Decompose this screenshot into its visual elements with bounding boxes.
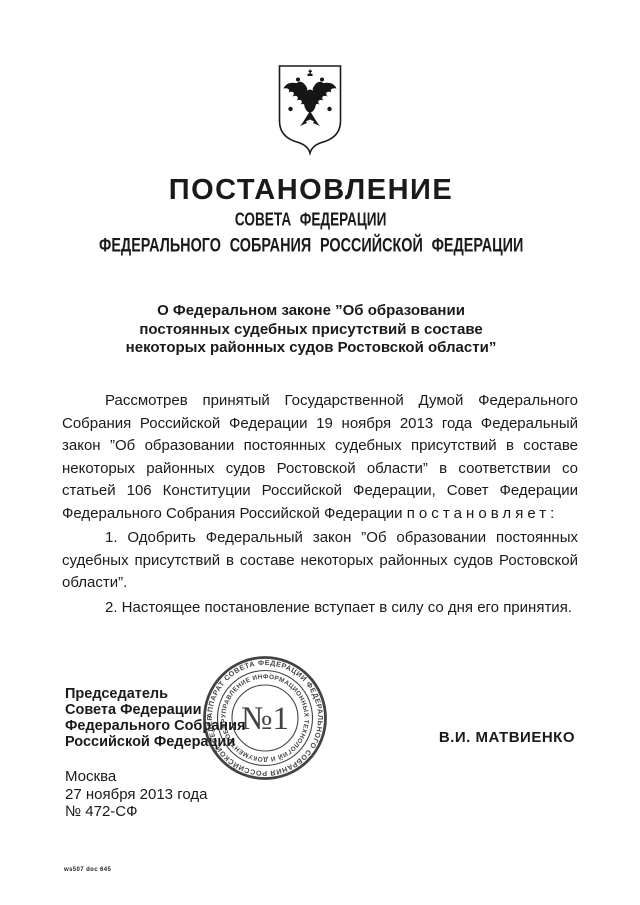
issuance-date: 27 ноября 2013 года [65,786,207,804]
document-body: Рассмотрев принятый Государственной Думо… [62,390,578,619]
subject-line-2: постоянных судебных присутствий в состав… [0,321,622,340]
russian-coat-of-arms [277,64,343,156]
file-reference-note: ws507 doc 645 [64,867,111,873]
document-number: № 472-СФ [65,803,207,821]
org-name-line2-text: ФЕДЕРАЛЬНОГО СОБРАНИЯ РОССИЙСКОЙ ФЕДЕРАЦ… [99,234,523,257]
document-subject: О Федеральном законе ”Об образовании пос… [0,302,622,358]
issuance-place: Москва [65,768,207,786]
subject-line-3: некоторых районных судов Ростовской обла… [0,339,622,358]
issuance-details: Москва 27 ноября 2013 года № 472-СФ [65,768,207,821]
org-name-line2: ФЕДЕРАЛЬНОГО СОБРАНИЯ РОССИЙСКОЙ ФЕДЕРАЦ… [0,235,622,256]
document-type-title: ПОСТАНОВЛЕНИЕ [0,174,622,207]
subject-line-1: О Федеральном законе ”Об образовании [0,302,622,321]
double-headed-eagle-icon [284,70,337,126]
preamble-paragraph: Рассмотрев принятый Государственной Думо… [62,390,578,525]
preamble-text: Рассмотрев принятый Государственной Думо… [62,392,578,522]
document-page: ПОСТАНОВЛЕНИЕ СОВЕТА ФЕДЕРАЦИИ ФЕДЕРАЛЬН… [0,0,640,905]
org-name-line1: СОВЕТА ФЕДЕРАЦИИ [0,210,622,230]
resolution-item-2: 2. Настоящее постановление вступает в си… [62,597,578,620]
stamp-center-number: №1 [241,701,289,737]
org-name-line1-text: СОВЕТА ФЕДЕРАЦИИ [235,209,386,231]
official-round-stamp: АППАРАТ СОВЕТА ФЕДЕРАЦИИ ФЕДЕРАЛЬНОГО СО… [202,655,328,781]
resolution-item-1: 1. Одобрить Федеральный закон ”Об образо… [62,527,578,595]
resolves-keyword: постановляет: [407,505,559,522]
